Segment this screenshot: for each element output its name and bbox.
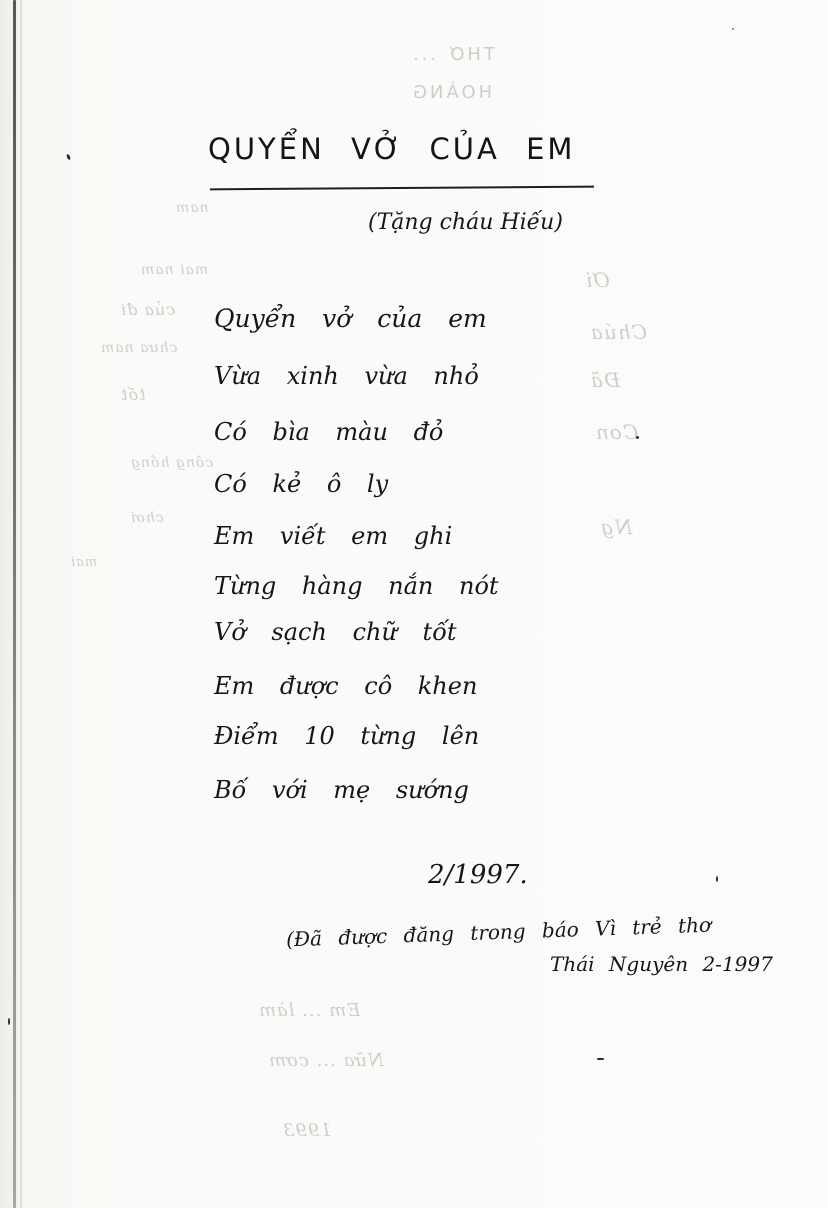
bleed-through-right: Con: [595, 420, 638, 444]
verse-line: Vừa xinh vừa nhỏ: [214, 362, 479, 390]
ink-mark: [636, 436, 639, 439]
scanned-page: THƠ ... HOÀNG nam mai nam của đi chưa na…: [0, 0, 828, 1208]
verse-line: Từng hàng nắn nót: [214, 572, 499, 600]
ink-mark: [66, 154, 71, 161]
bleed-through-left: chơi: [130, 510, 164, 526]
poem-dedication: (Tặng cháu Hiếu): [368, 210, 563, 235]
page-binding-edge: [13, 0, 16, 1208]
verse-line: Có bìa màu đỏ: [214, 418, 443, 446]
verse-line: Em viết em ghi: [214, 522, 452, 550]
verse-line: Có kẻ ô ly: [214, 470, 388, 498]
bleed-through-header-1: THƠ ...: [410, 44, 495, 65]
bleed-through-left: mai nam: [140, 262, 208, 278]
bleed-through-left: nam: [175, 200, 209, 216]
page-edge-shadow: [20, 0, 22, 1208]
bleed-through-right: Chúa: [590, 320, 647, 344]
bleed-through-right: Ng: [600, 515, 632, 539]
bleed-through-right: Ơi: [585, 268, 610, 292]
ink-mark: [716, 876, 718, 882]
bleed-through-bottom: Em ... làm: [258, 1000, 360, 1021]
verse-line: Quyển vở của em: [214, 304, 487, 333]
bleed-through-header-2: HOÀNG: [410, 82, 492, 103]
poem-date: 2/1997.: [428, 860, 528, 890]
bleed-through-left: của đi: [120, 300, 175, 319]
verse-line: Vở sạch chữ tốt: [214, 618, 457, 646]
title-underline: [210, 186, 594, 191]
ink-mark: [732, 28, 734, 30]
bleed-through-right: Đã: [590, 368, 620, 392]
bleed-through-left: tốt: [120, 385, 146, 404]
verse-line: Bố với mẹ sướng: [214, 776, 469, 804]
bleed-through-left: chưa nam: [100, 340, 177, 356]
bleed-through-left: công hồng: [130, 455, 213, 471]
poem-title: QUYỂN VỞ CỦA EM: [208, 132, 575, 166]
bleed-through-bottom: Nữa ... cơm: [268, 1050, 384, 1071]
publication-note: (Đã được đăng trong báo Vì trẻ thơ: [286, 913, 712, 952]
verse-line: Em được cô khen: [214, 672, 477, 700]
bleed-through-date: 1993: [282, 1120, 332, 1141]
bleed-through-left: mai: [70, 555, 97, 570]
ink-mark: [597, 1058, 604, 1060]
ink-mark: [8, 1018, 10, 1025]
publication-note-source: Thái Nguyên 2-1997: [550, 952, 773, 976]
verse-line: Điểm 10 từng lên: [214, 722, 479, 750]
